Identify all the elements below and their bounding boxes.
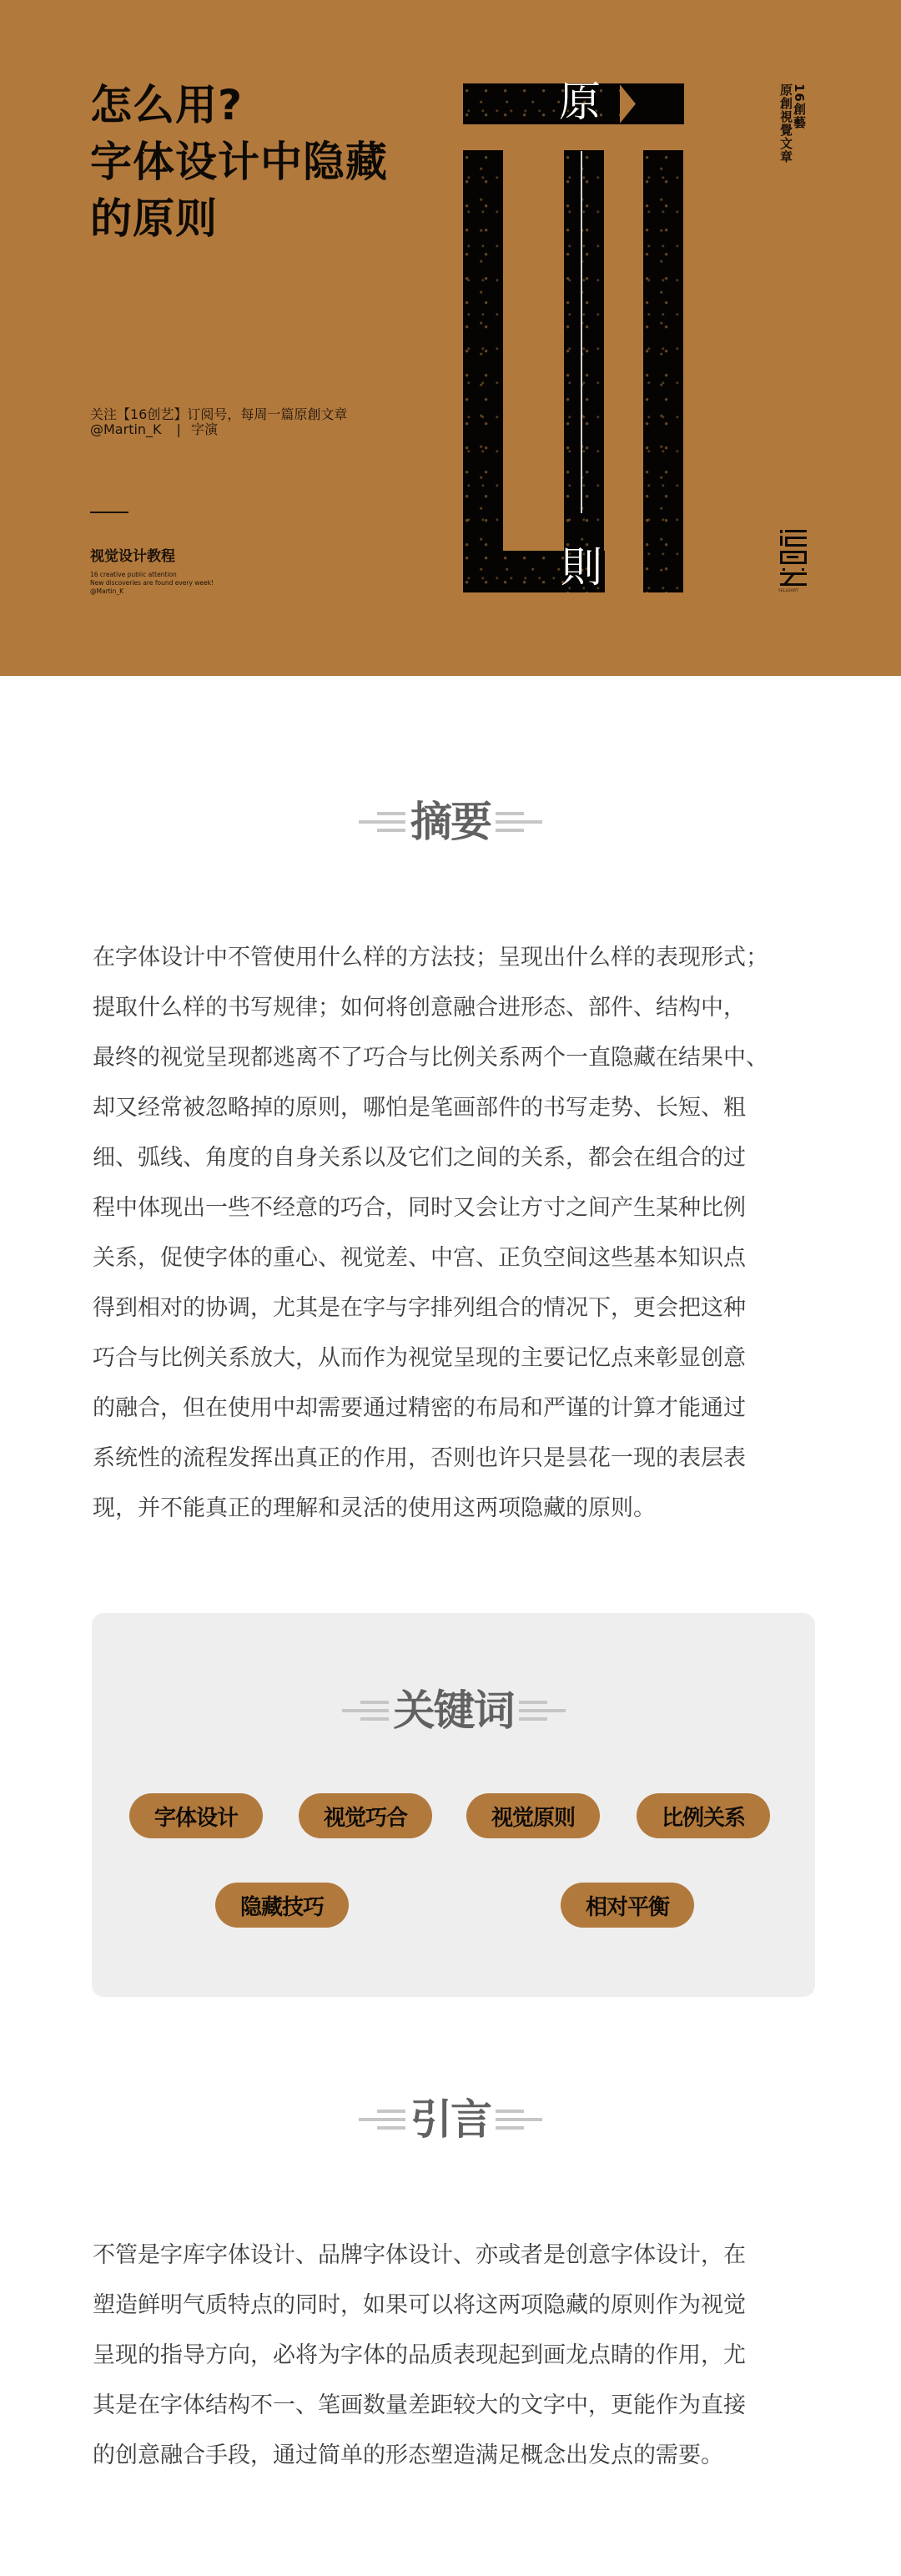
abstract-line: 却又经常被忽略掉的原则，哪怕是笔画部件的书写走势、长短、粗 bbox=[93, 1083, 818, 1133]
keyword-tag[interactable]: 视觉巧合 bbox=[299, 1793, 432, 1838]
subscription-line: 关注【16创艺】订阅号，每周一篇原創文章 bbox=[90, 407, 347, 422]
abstract-line: 现，并不能真正的理解和灵活的使用这两项隐藏的原则。 bbox=[93, 1484, 818, 1534]
abstract-line: 的融合，但在使用中却需要通过精密的布局和严谨的计算才能通过 bbox=[93, 1384, 818, 1434]
glyph-column-left bbox=[463, 150, 503, 592]
keyword-tag[interactable]: 相对平衡 bbox=[561, 1883, 694, 1928]
keywords-title: 关键词 bbox=[390, 1686, 517, 1736]
abstract-line: 程中体现出一些不经意的巧合，同时又会让方寸之间产生某种比例 bbox=[93, 1183, 818, 1233]
glyph-thin-line bbox=[581, 151, 582, 513]
course-tagline-line-1: 16 creative public attention bbox=[90, 571, 214, 579]
abstract-line: 提取什么样的书写规律；如何将创意融合进形态、部件、结构中， bbox=[93, 983, 818, 1033]
intro-line: 呈现的指导方向，必将为字体的品质表现起到画龙点睛的作用，尤 bbox=[93, 2331, 818, 2381]
abstract-line: 得到相对的协调，尤其是在字与字排列组合的情况下，更会把这种 bbox=[93, 1283, 818, 1333]
abstract-title: 摘要 bbox=[407, 797, 494, 847]
intro-paragraph: 不管是字库字体设计、品牌字体设计、亦或者是创意字体设计，在 塑造鲜明气质特点的同… bbox=[93, 2231, 818, 2481]
brand-logo-icon bbox=[780, 530, 807, 592]
course-tagline-line-2: New discoveries are found every week! bbox=[90, 579, 214, 587]
glyph-char-top: 原 bbox=[559, 81, 601, 123]
hero-banner: 怎么用? 字体设计中隐藏 的原则 原 則 bbox=[0, 0, 901, 676]
intro-line: 不管是字库字体设计、品牌字体设计、亦或者是创意字体设计，在 bbox=[93, 2231, 818, 2281]
abstract-line: 最终的视觉呈现都逃离不了巧合与比例关系两个一直隐藏在结果中、 bbox=[93, 1033, 818, 1083]
glyph-column-right bbox=[643, 150, 683, 592]
hero-title: 怎么用? 字体设计中隐藏 的原则 bbox=[90, 77, 388, 247]
title-decoration-left-icon bbox=[360, 1694, 390, 1727]
abstract-line: 关系，促使字体的重心、视觉差、中宫、正负空间这些基本知识点 bbox=[93, 1233, 818, 1283]
author-handle: @Martin_K bbox=[90, 421, 162, 437]
vertical-tagline-subtitle: 原創視覺文章 bbox=[778, 83, 793, 164]
title-decoration-right-icon bbox=[517, 1694, 547, 1727]
author-name: 字演 bbox=[191, 421, 218, 437]
intro-title: 引言 bbox=[407, 2095, 494, 2145]
keywords-panel: 关键词 字体设计 视觉巧合 视觉原则 比例关系 隐藏技巧 相对平衡 bbox=[92, 1613, 815, 1997]
abstract-line: 细、弧线、角度的自身关系以及它们之间的关系，都会在组合的过 bbox=[93, 1133, 818, 1183]
keyword-tag[interactable]: 比例关系 bbox=[637, 1793, 770, 1838]
glyph-top-bar-right bbox=[619, 83, 684, 124]
keyword-tag[interactable]: 视觉原则 bbox=[466, 1793, 600, 1838]
abstract-paragraph: 在字体设计中不管使用什么样的方法技；呈现出什么样的表现形式； 提取什么样的书写规… bbox=[93, 933, 818, 1534]
abstract-line: 在字体设计中不管使用什么样的方法技；呈现出什么样的表现形式； bbox=[93, 933, 818, 983]
course-title: 视觉设计教程 bbox=[90, 544, 175, 565]
title-decoration-left-icon bbox=[377, 2103, 407, 2136]
course-tagline: 16 creative public attention New discove… bbox=[90, 571, 214, 596]
glyph-column-middle bbox=[564, 150, 604, 592]
keyword-tag[interactable]: 字体设计 bbox=[129, 1793, 263, 1838]
keywords-header: 关键词 bbox=[92, 1681, 815, 1740]
subscription-info: 关注【16创艺】订阅号，每周一篇原創文章 @Martin_K|字演 bbox=[90, 407, 347, 437]
title-decoration-right-icon bbox=[494, 805, 524, 839]
logo-caption: YELLOART bbox=[778, 588, 798, 592]
author-line: @Martin_K|字演 bbox=[90, 422, 347, 437]
keyword-tag[interactable]: 隐藏技巧 bbox=[215, 1883, 349, 1928]
hero-title-line-1: 怎么用? bbox=[90, 77, 388, 134]
intro-line: 的创意融合手段，通过简单的形态塑造满足概念出发点的需要。 bbox=[93, 2431, 818, 2481]
abstract-header: 摘要 bbox=[0, 793, 901, 851]
title-decoration-right-icon bbox=[494, 2103, 524, 2136]
hero-divider bbox=[90, 512, 128, 513]
intro-line: 其是在字体结构不一、笔画数量差距较大的文字中，更能作为直接 bbox=[93, 2381, 818, 2431]
intro-header: 引言 bbox=[0, 2090, 901, 2149]
course-tagline-line-3: @Martin_K bbox=[90, 587, 214, 596]
vertical-tagline-brand: 16創藝 bbox=[792, 83, 806, 129]
intro-line: 塑造鲜明气质特点的同时，如果可以将这两项隐藏的原则作为视觉 bbox=[93, 2281, 818, 2331]
hero-title-line-3: 的原则 bbox=[90, 190, 388, 247]
divider-bar: | bbox=[177, 422, 181, 437]
glyph-char-bottom: 則 bbox=[561, 547, 602, 588]
abstract-line: 巧合与比例关系放大，从而作为视觉呈现的主要记忆点来彰显创意 bbox=[93, 1333, 818, 1384]
article-page: 怎么用? 字体设计中隐藏 的原则 原 則 bbox=[0, 0, 901, 2576]
abstract-line: 系统性的流程发挥出真正的作用，否则也许只是昙花一现的表层表 bbox=[93, 1434, 818, 1484]
hero-title-line-2: 字体设计中隐藏 bbox=[90, 134, 388, 190]
title-decoration-left-icon bbox=[377, 805, 407, 839]
